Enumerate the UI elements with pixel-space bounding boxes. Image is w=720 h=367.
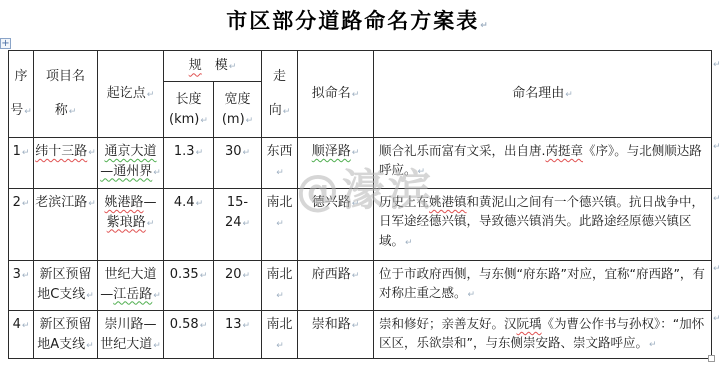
cell-reason: 位于市政府西侧，与东侧“府东路”对应，宜称“府西路”，有对称庄重之感。↵ xyxy=(374,261,712,311)
cell-project-name: 新区预留地C支线↵ xyxy=(34,261,98,311)
paragraph-mark: ↵ xyxy=(283,107,291,117)
cell-proposed-name: 府西路↵ xyxy=(298,261,374,311)
paragraph-mark: ↵ xyxy=(153,291,161,301)
paragraph-mark: ↵ xyxy=(200,116,208,126)
cell-seq: 4↵ xyxy=(9,311,34,359)
row-end-mark: ↵ xyxy=(713,314,720,324)
paragraph-mark: ↵ xyxy=(243,148,251,158)
cell-endpoints: 姚港路—紫琅路↵ xyxy=(98,189,164,261)
paragraph-mark: ↵ xyxy=(243,271,251,281)
paragraph-mark: ↵ xyxy=(22,148,30,158)
header-length: 长度 (km)↵ xyxy=(164,82,214,138)
cell-width: 30↵ xyxy=(214,138,262,189)
paragraph-mark: ↵ xyxy=(352,199,360,209)
paragraph-mark: ↵ xyxy=(468,290,476,300)
paragraph-mark: ↵ xyxy=(22,199,30,209)
paragraph-mark: ↵ xyxy=(69,107,77,117)
paragraph-mark: ↵ xyxy=(276,291,284,301)
table-row: 3↵新区预留地C支线↵世纪大道—江岳路↵0.35↵20↵南北↵府西路↵位于市政府… xyxy=(9,261,712,311)
table-header: 序 号↵项目名 称↵起讫点↵规 模↵走 向↵拟命名↵命名理由↵ 长度 (km)↵… xyxy=(9,51,712,138)
row-end-mark: ↵ xyxy=(713,142,720,152)
cell-length: 0.58↵ xyxy=(164,311,214,359)
table-row: 1↵纬十三路↵通京大道—通州界↵1.3↵30↵东西↵顺泽路↵顺合礼乐而富有文采，… xyxy=(9,138,712,189)
page-title-text: 市区部分道路命名方案表 xyxy=(226,9,479,33)
cell-reason: 崇和修好；亲善友好。汉阮瑀《为曹公作书与孙权》：“加怀区区，乐欲崇和”，与东侧崇… xyxy=(374,311,712,359)
cell-project-name: 新区预留地A支线↵ xyxy=(34,311,98,359)
cell-reason: 顺合礼乐而富有文采，出自唐.芮挺章《序》。与北侧顺达路呼应。↵ xyxy=(374,138,712,189)
table-move-handle-icon[interactable]: + xyxy=(0,38,11,49)
table-row: 2↵老滨江路↵姚港路—紫琅路↵4.4↵15-24↵南北↵德兴路↵历史上在姚港镇和… xyxy=(9,189,712,261)
paragraph-mark: ↵ xyxy=(86,341,94,351)
header-project: 项目名 称↵ xyxy=(34,51,98,138)
cell-seq: 2↵ xyxy=(9,189,34,261)
paragraph-mark: ↵ xyxy=(352,271,360,281)
paragraph-mark: ↵ xyxy=(147,219,155,229)
paragraph-mark: ↵ xyxy=(200,321,208,331)
row-end-mark: ↵ xyxy=(713,194,720,204)
header-reason: 命名理由↵ xyxy=(374,51,712,138)
paragraph-mark: ↵ xyxy=(246,116,254,126)
cell-width: 15-24↵ xyxy=(214,189,262,261)
cell-width: 13↵ xyxy=(214,311,262,359)
paragraph-mark: ↵ xyxy=(86,291,94,301)
header-endpoints: 起讫点↵ xyxy=(98,51,164,138)
paragraph-mark: ↵ xyxy=(22,321,30,331)
paragraph-mark: ↵ xyxy=(276,219,284,229)
paragraph-mark: ↵ xyxy=(22,271,30,281)
paragraph-mark: ↵ xyxy=(352,148,360,158)
cell-endpoints: 世纪大道—江岳路↵ xyxy=(98,261,164,311)
paragraph-mark: ↵ xyxy=(153,341,161,351)
paragraph-mark: ↵ xyxy=(200,271,208,281)
paragraph-mark: ↵ xyxy=(352,90,360,100)
paragraph-mark: ↵ xyxy=(196,148,204,158)
paragraph-mark: ↵ xyxy=(24,107,32,117)
cell-length: 0.35↵ xyxy=(164,261,214,311)
paragraph-mark: ↵ xyxy=(565,90,573,100)
header-proposed: 拟命名↵ xyxy=(298,51,374,138)
paragraph-mark: ↵ xyxy=(276,341,284,351)
cell-project-name: 老滨江路↵ xyxy=(34,189,98,261)
paragraph-mark: ↵ xyxy=(88,148,96,158)
header-row-top: 序 号↵项目名 称↵起讫点↵规 模↵走 向↵拟命名↵命名理由↵ xyxy=(9,51,712,82)
cell-direction: 南北↵ xyxy=(262,189,298,261)
cell-proposed-name: 德兴路↵ xyxy=(298,189,374,261)
paragraph-mark: ↵ xyxy=(405,238,413,248)
cell-proposed-name: 顺泽路↵ xyxy=(298,138,374,189)
cell-seq: 3↵ xyxy=(9,261,34,311)
header-direction: 走 向↵ xyxy=(262,51,298,138)
paragraph-mark: ↵ xyxy=(352,321,360,331)
header-width: 宽度 (m)↵ xyxy=(214,82,262,138)
paragraph-mark: ↵ xyxy=(243,219,251,229)
paragraph-mark: ↵ xyxy=(276,168,284,178)
header-scale: 规 模↵ xyxy=(164,51,262,82)
row-end-mark: ↵ xyxy=(713,60,720,70)
cell-length: 1.3↵ xyxy=(164,138,214,189)
cell-direction: 南北↵ xyxy=(262,261,298,311)
cell-width: 20↵ xyxy=(214,261,262,311)
paragraph-mark: ↵ xyxy=(147,90,155,100)
table-body: 1↵纬十三路↵通京大道—通州界↵1.3↵30↵东西↵顺泽路↵顺合礼乐而富有文采，… xyxy=(9,138,712,359)
document-page: 市区部分道路命名方案表↵ + 序 号↵项目名 称↵起讫点↵规 模↵走 向↵拟命名… xyxy=(0,0,720,367)
cell-length: 4.4↵ xyxy=(164,189,214,261)
page-title: 市区部分道路命名方案表↵ xyxy=(0,5,714,35)
cell-seq: 1↵ xyxy=(9,138,34,189)
paragraph-mark: ↵ xyxy=(196,199,204,209)
table-row: 4↵新区预留地A支线↵崇川路—世纪大道↵0.58↵13↵南北↵崇和路↵崇和修好；… xyxy=(9,311,712,359)
road-naming-table: 序 号↵项目名 称↵起讫点↵规 模↵走 向↵拟命名↵命名理由↵ 长度 (km)↵… xyxy=(8,50,712,359)
table-resize-handle[interactable] xyxy=(708,355,715,362)
paragraph-mark: ↵ xyxy=(480,21,488,31)
paragraph-mark: ↵ xyxy=(243,321,251,331)
paragraph-mark: ↵ xyxy=(649,340,657,350)
header-seq: 序 号↵ xyxy=(9,51,34,138)
cell-direction: 东西↵ xyxy=(262,138,298,189)
cell-proposed-name: 崇和路↵ xyxy=(298,311,374,359)
paragraph-mark: ↵ xyxy=(88,199,96,209)
cell-endpoints: 通京大道—通州界↵ xyxy=(98,138,164,189)
row-end-mark: ↵ xyxy=(713,264,720,274)
cell-endpoints: 崇川路—世纪大道↵ xyxy=(98,311,164,359)
paragraph-mark: ↵ xyxy=(229,62,237,72)
paragraph-mark: ↵ xyxy=(153,168,161,178)
cell-direction: 南北↵ xyxy=(262,311,298,359)
paragraph-mark: ↵ xyxy=(418,167,426,177)
cell-project-name: 纬十三路↵ xyxy=(34,138,98,189)
cell-reason: 历史上在姚港镇和黄泥山之间有一个德兴镇。抗日战争中，日军途经德兴镇，导致德兴镇消… xyxy=(374,189,712,261)
